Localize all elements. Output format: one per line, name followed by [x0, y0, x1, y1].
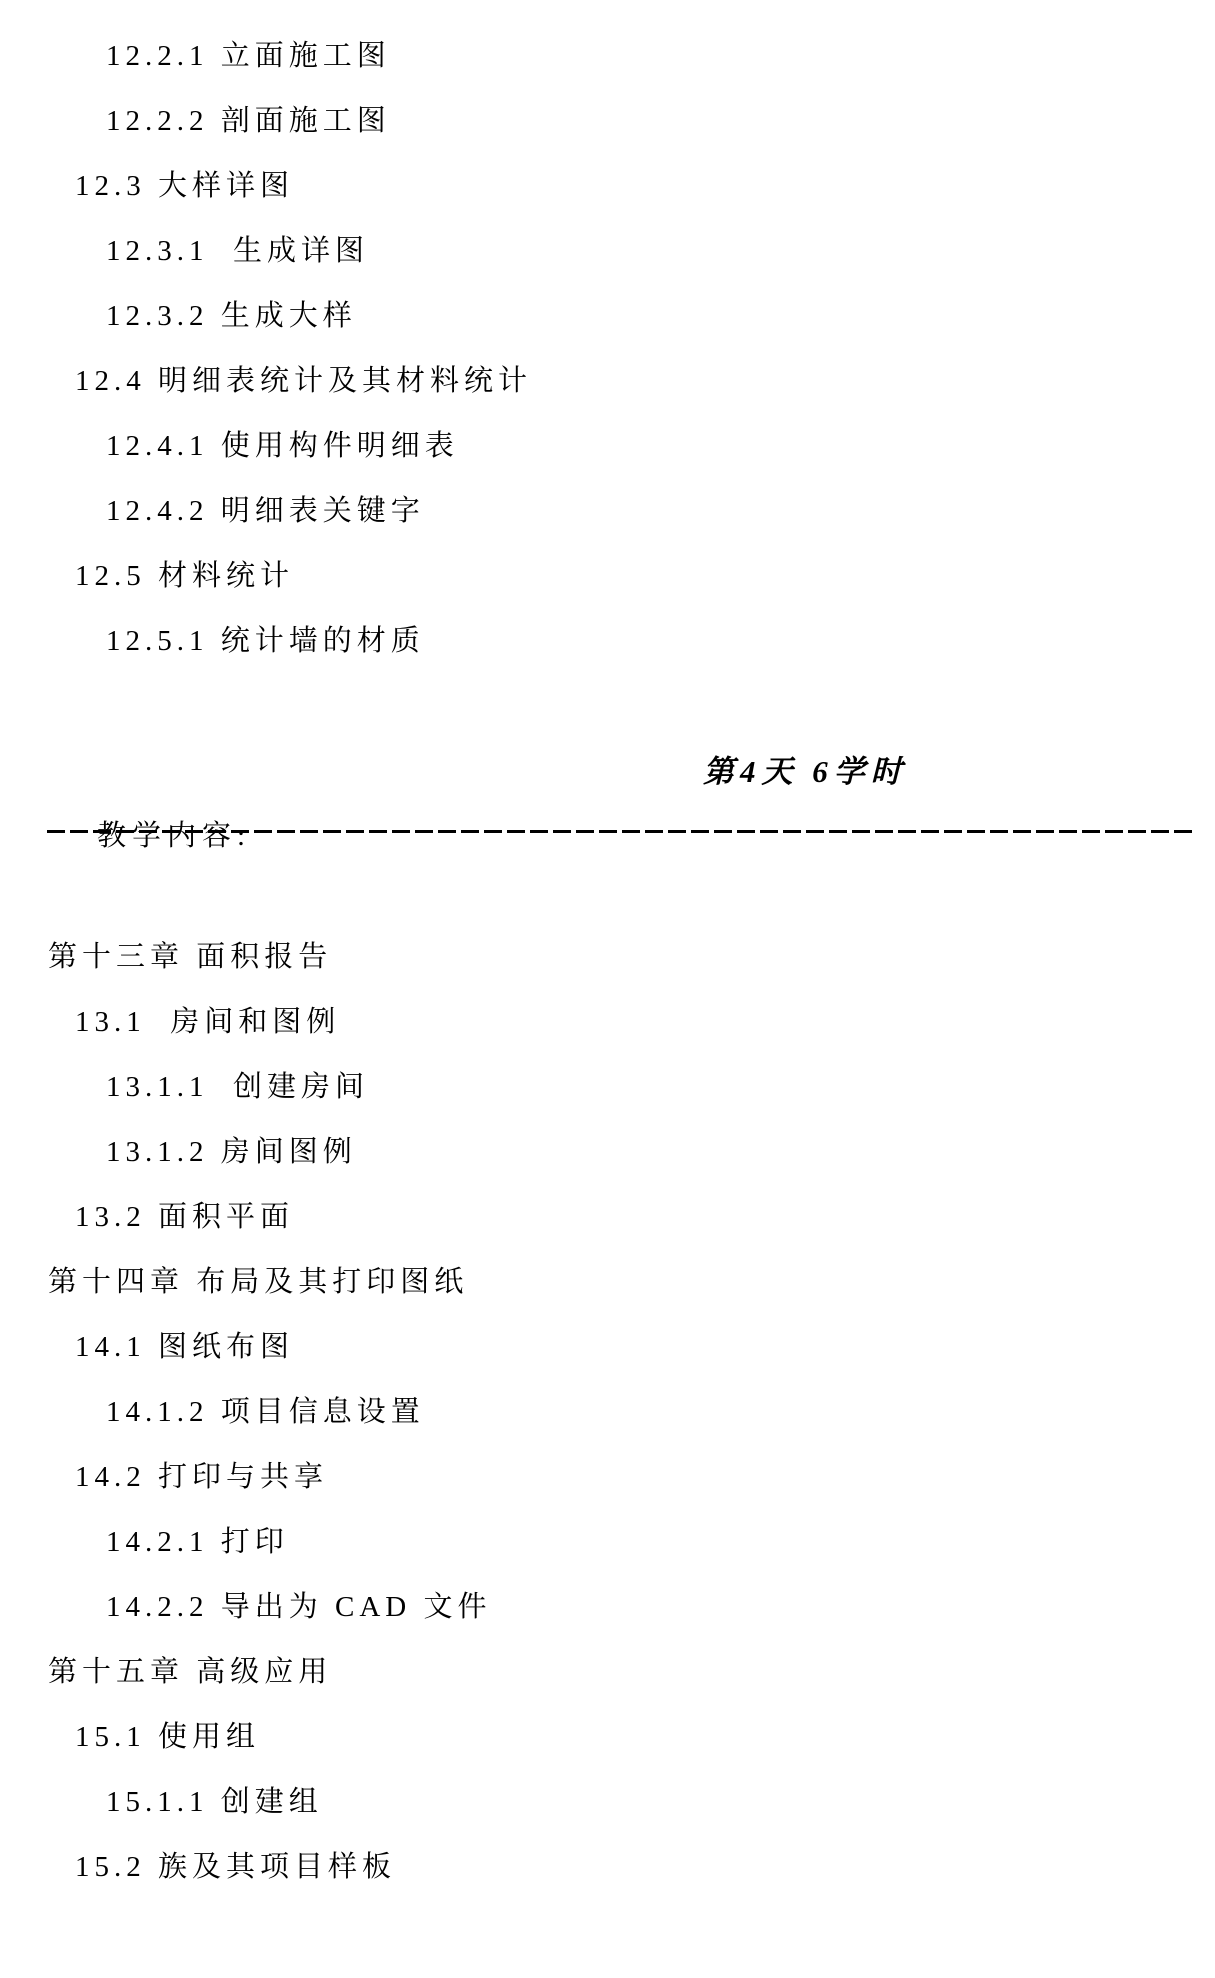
- session-header-row: 教学内容: 第4天 6学时: [0, 739, 1215, 804]
- outline-item: 14.2.1 打印: [0, 1510, 1215, 1575]
- outline-item: 12.4 明细表统计及其材料统计: [0, 349, 1215, 414]
- outline-item-text: 第十三章 面积报告: [48, 941, 332, 973]
- outline-item-text: 12.3.2 生成大样: [106, 300, 357, 332]
- outline-item: 15.2 族及其项目样板: [0, 1835, 1215, 1900]
- outline-item-text: 13.1.1 创建房间: [106, 1071, 369, 1103]
- outline-item: 13.2 面积平面: [0, 1185, 1215, 1250]
- outline-item: 12.3.2 生成大样: [0, 284, 1215, 349]
- outline-item: 12.4.2 明细表关键字: [0, 479, 1215, 544]
- outline-item-text: 15.1 使用组: [75, 1721, 260, 1753]
- blank-line: [0, 674, 1215, 739]
- outline-item: 12.4.1 使用构件明细表: [0, 414, 1215, 479]
- outline-item-text: 12.2.1 立面施工图: [106, 40, 391, 72]
- outline-item-text: 15.2 族及其项目样板: [75, 1851, 396, 1883]
- outline-item-text: 12.2.2 剖面施工图: [106, 105, 391, 137]
- outline-item-text: 第十五章 高级应用: [48, 1656, 332, 1688]
- outline-item: 第十三章 面积报告: [0, 925, 1215, 990]
- outline-item: 13.1.2 房间图例: [0, 1120, 1215, 1185]
- outline-item-text: 12.3 大样详图: [75, 170, 294, 202]
- outline-item: 14.2.2 导出为 CAD 文件: [0, 1575, 1215, 1640]
- outline-item: 12.2.1 立面施工图: [0, 24, 1215, 89]
- blank-line: [0, 869, 1215, 925]
- outline-item-text: 14.2 打印与共享: [75, 1461, 328, 1493]
- outline-item: 第十五章 高级应用: [0, 1640, 1215, 1705]
- outline-item-text: 15.1.1 创建组: [106, 1786, 323, 1818]
- outline-item-text: 12.5 材料统计: [75, 560, 294, 592]
- outline-item: 12.2.2 剖面施工图: [0, 89, 1215, 154]
- outline-item-text: 14.2.2 导出为 CAD 文件: [106, 1591, 491, 1623]
- outline-item: 13.1.1 创建房间: [0, 1055, 1215, 1120]
- outline-item: 12.3 大样详图: [0, 154, 1215, 219]
- outline-item-text: 14.1.2 项目信息设置: [106, 1396, 425, 1428]
- outline-section-top: 12.2.1 立面施工图12.2.2 剖面施工图12.3 大样详图12.3.1 …: [0, 24, 1215, 674]
- outline-item: 13.1 房间和图例: [0, 990, 1215, 1055]
- outline-item: 12.3.1 生成详图: [0, 219, 1215, 284]
- dashed-divider: [47, 830, 1195, 833]
- outline-section-bottom: 第十三章 面积报告13.1 房间和图例13.1.1 创建房间13.1.2 房间图…: [0, 925, 1215, 1900]
- outline-item-text: 13.1.2 房间图例: [106, 1136, 357, 1168]
- outline-item: 12.5 材料统计: [0, 544, 1215, 609]
- outline-item-text: 第十四章 布局及其打印图纸: [48, 1266, 468, 1298]
- outline-item-text: 12.3.1 生成详图: [106, 235, 369, 267]
- outline-item: 14.1.2 项目信息设置: [0, 1380, 1215, 1445]
- outline-item-text: 14.1 图纸布图: [75, 1331, 294, 1363]
- outline-item: 14.1 图纸布图: [0, 1315, 1215, 1380]
- outline-item: 12.5.1 统计墙的材质: [0, 609, 1215, 674]
- outline-item-text: 12.5.1 统计墙的材质: [106, 625, 425, 657]
- outline-item: 15.1.1 创建组: [0, 1770, 1215, 1835]
- outline-item-text: 12.4.2 明细表关键字: [106, 495, 425, 527]
- session-title: 第4天 6学时: [703, 739, 908, 804]
- outline-item: 14.2 打印与共享: [0, 1445, 1215, 1510]
- outline-item-text: 12.4.1 使用构件明细表: [106, 430, 459, 462]
- outline-item: 第十四章 布局及其打印图纸: [0, 1250, 1215, 1315]
- outline-item-text: 12.4 明细表统计及其材料统计: [75, 365, 532, 397]
- outline-item-text: 13.1 房间和图例: [75, 1006, 340, 1038]
- outline-item-text: 13.2 面积平面: [75, 1201, 294, 1233]
- divider-row: [0, 804, 1215, 869]
- document-page: 12.2.1 立面施工图12.2.2 剖面施工图12.3 大样详图12.3.1 …: [0, 0, 1215, 1900]
- outline-item-text: 14.2.1 打印: [106, 1526, 289, 1558]
- outline-item: 15.1 使用组: [0, 1705, 1215, 1770]
